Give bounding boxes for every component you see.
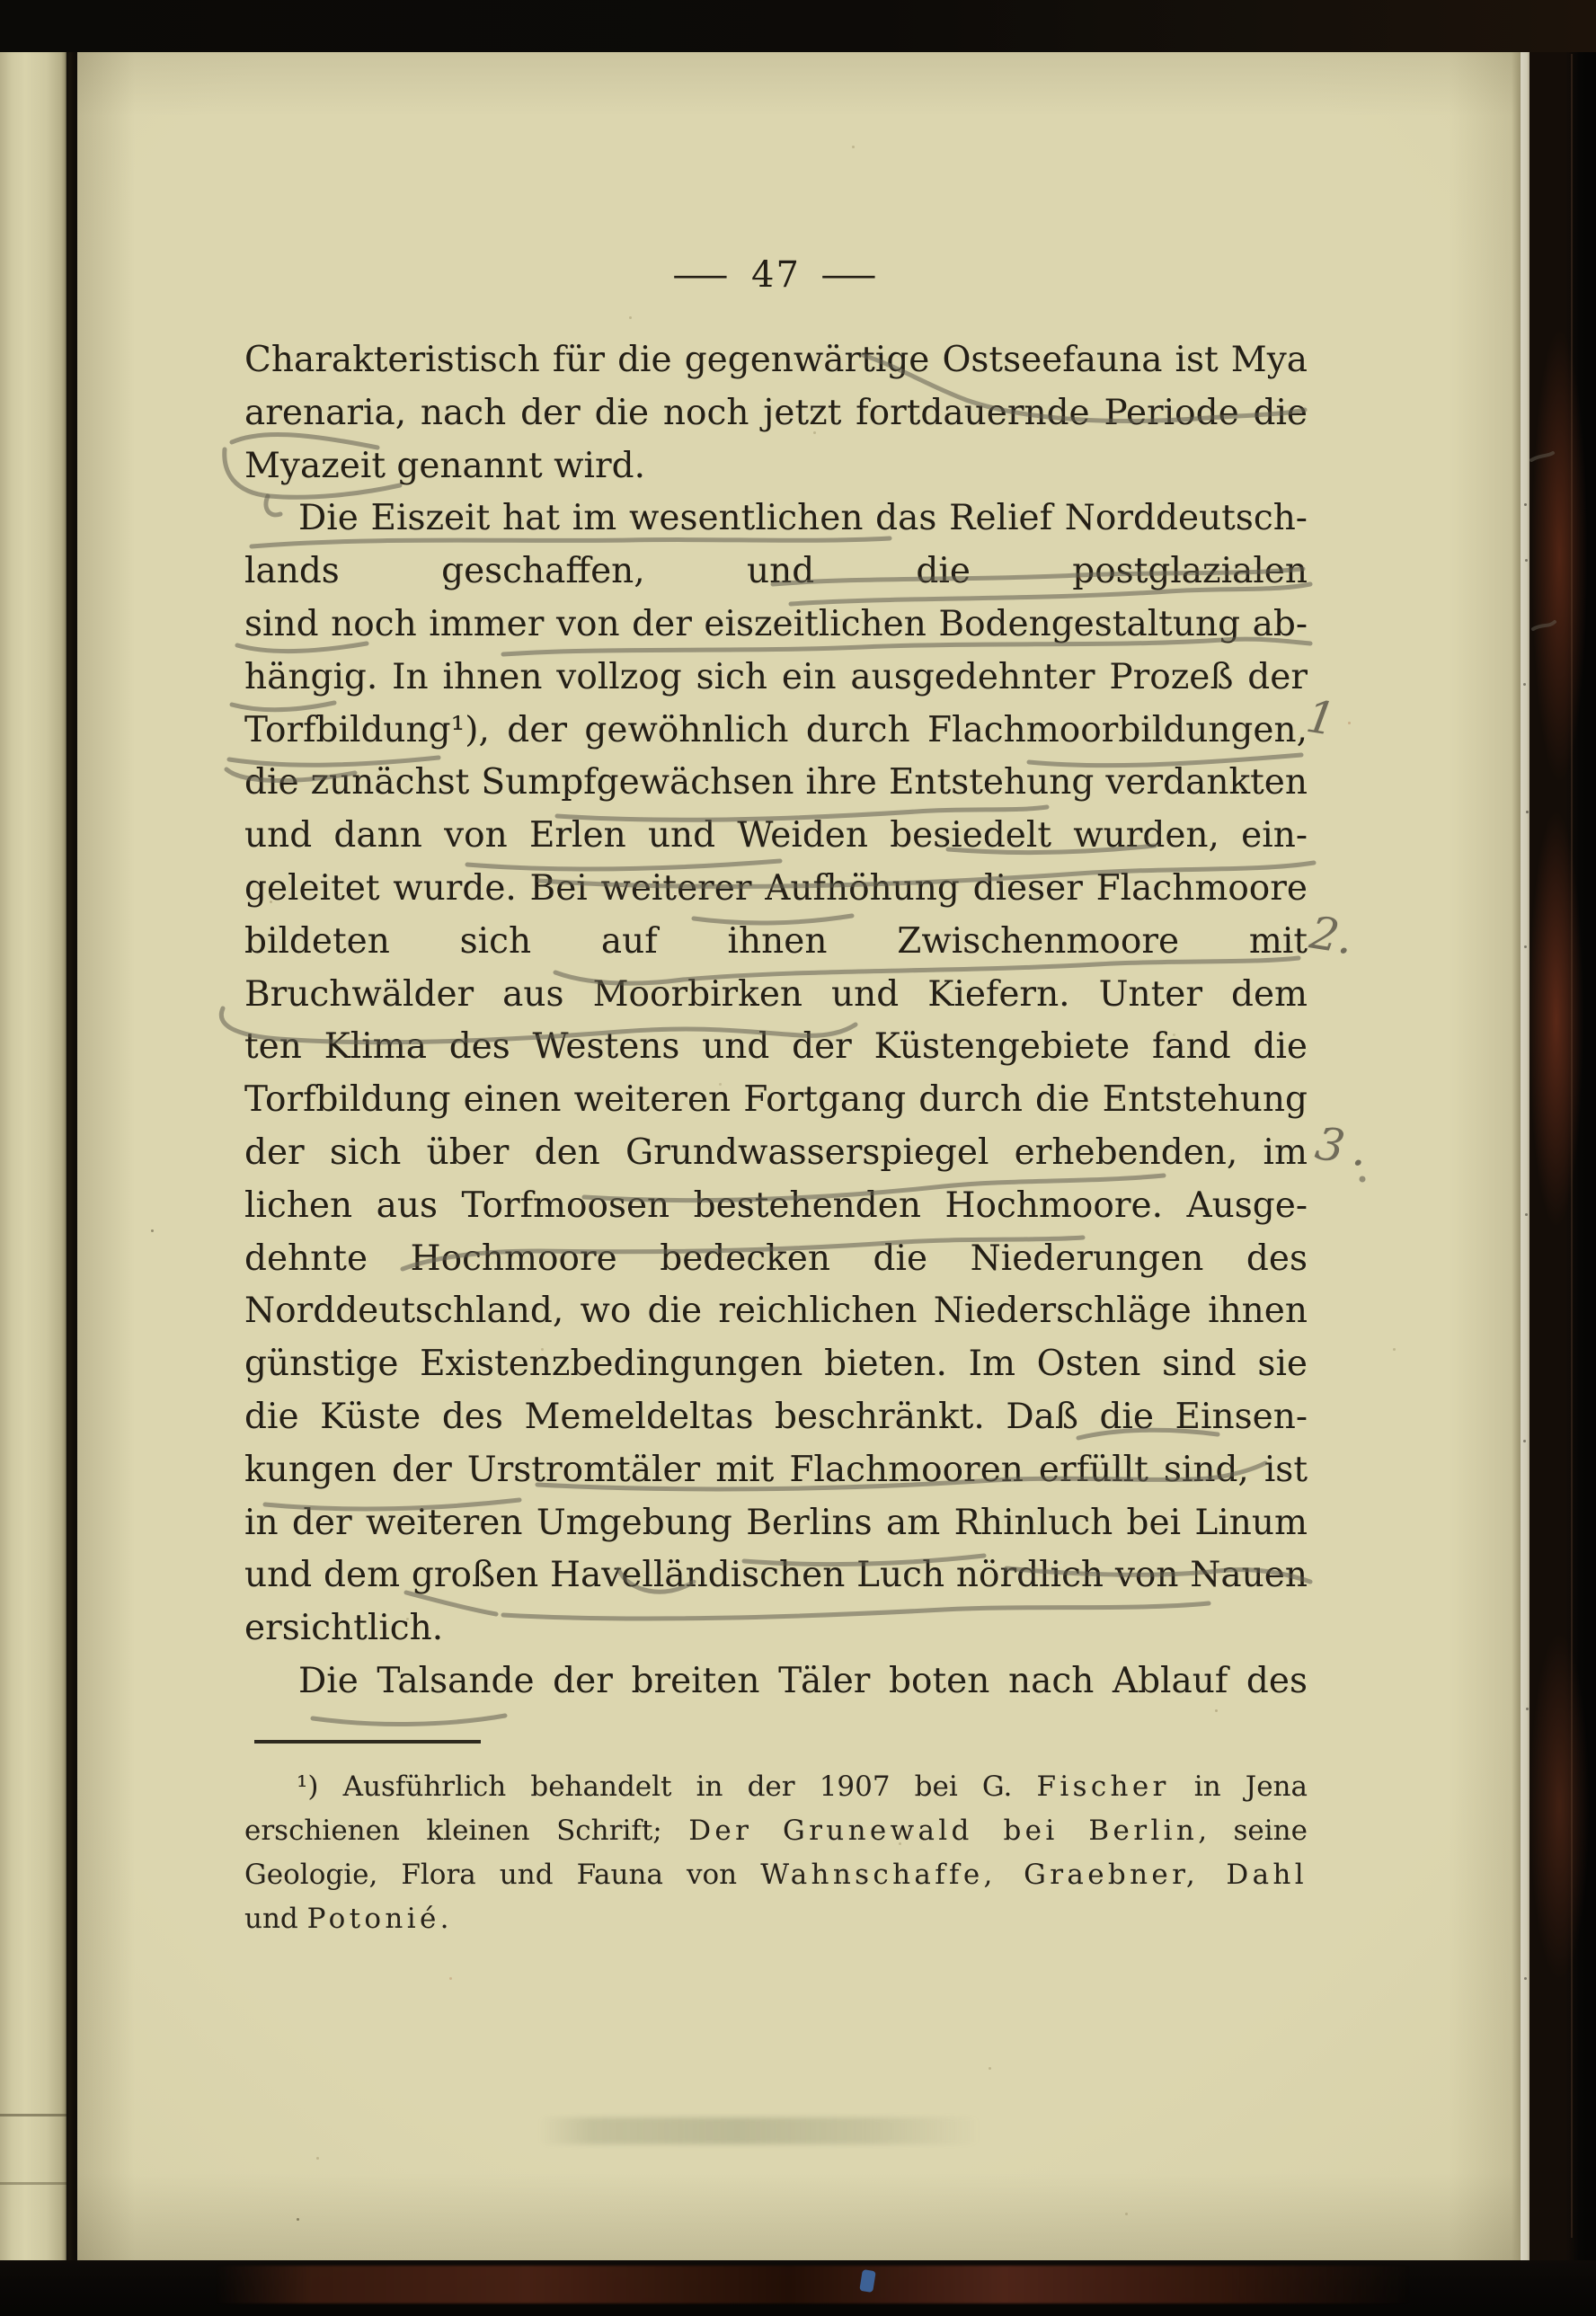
footnote-text: ¹) Ausführlich behandelt in der 1907 bei… [244,1765,1308,1941]
footnote-rule [254,1740,481,1744]
text-line: Torfbildung einen weiteren Fortgang durc… [244,1074,1308,1127]
text-line: Bruchwälder aus Moorbirken und Kiefern. … [244,969,1308,1022]
scan-background-top [0,0,1596,52]
margin-note: 2. [1307,907,1357,965]
text-line: Norddeutschland, wo die reichlichen Nied… [244,1285,1308,1338]
text-line: Myazeit genannt wird. [244,440,1308,493]
spaced-text: Fischer [1036,1770,1169,1803]
book-cover [1529,0,1596,2316]
edge-specks [0,0,3,3]
spaced-text: Wahnschaffe, Graebner, Dahl [760,1859,1308,1891]
text-line: Torfbildung¹), der gewöhnlich durch Flac… [244,705,1308,758]
margin-note: 3. [1312,1117,1380,1178]
page-number: 47 [751,254,801,296]
footnote-line: erschienen kleinen Schrift; Der Grunewal… [244,1809,1308,1853]
footnote-segment: erschienen kleinen Schrift; [244,1815,688,1847]
footnote-segment: ¹) Ausführlich behandelt in der 1907 bei… [297,1770,1036,1803]
text-line: geleitet wurde. Bei weiterer Aufhöhung d… [244,863,1308,916]
text-line: arenaria, nach der die noch jetzt fortda… [244,387,1308,440]
text-line: die zunächst Sumpfgewächsen ihre Entsteh… [244,757,1308,810]
footnote-segment: . [440,1903,449,1935]
text-line: in der weiteren Umgebung Berlins am Rhin… [244,1497,1308,1550]
header-dash-left: — [671,255,731,295]
cover-bottom-edge [216,2266,1411,2303]
text-line: und dem großen Havelländischen Luch nörd… [244,1549,1308,1602]
page-edge-line [0,2182,66,2185]
spaced-text: Potonié [307,1903,440,1935]
text-line: dehnte Hochmoore bedecken die Niederunge… [244,1233,1308,1286]
scanned-book-page: —47— Charakteristisch für die gegenwärti… [0,0,1596,2316]
footnote-line: Geologie, Flora und Fauna von Wahnschaff… [244,1853,1308,1897]
footnote-segment: , seine [1198,1815,1308,1847]
text-line: kungen der Urstromtäler mit Flachmooren … [244,1444,1308,1497]
text-line: lichen aus Torfmoosen bestehenden Hochmo… [244,1180,1308,1233]
left-page-edge [0,50,66,2261]
body-text: Charakteristisch für die gegenwärtige Os… [244,334,1308,1708]
text-line: und dann von Erlen und Weiden besiedelt … [244,810,1308,863]
show-through-smudge [539,2117,980,2144]
text-line: der sich über den Grundwasserspiegel erh… [244,1127,1308,1180]
text-line: die Küste des Memeldeltas beschränkt. Da… [244,1391,1308,1444]
text-line: ten Klima des Westens und der Küstengebi… [244,1021,1308,1074]
cover-seam [1571,54,1573,2238]
text-line: hängig. In ihnen vollzog sich ein ausged… [244,652,1308,705]
text-line: bildeten sich auf ihnen Zwischenmoore mi… [244,916,1308,969]
page-edge-line [0,2114,66,2116]
text-line: lands geschaffen, und die postglazialen … [244,546,1308,599]
text-line: Die Eiszeit hat im wesentlichen das Reli… [244,492,1308,546]
footnote-line: ¹) Ausführlich behandelt in der 1907 bei… [244,1765,1308,1809]
text-line: günstige Existenzbedingungen bieten. Im … [244,1338,1308,1391]
page-header: —47— [244,255,1308,295]
text-line: sind noch immer von der eiszeitlichen Bo… [244,599,1308,652]
footnote-line: und Potonié. [244,1897,1308,1941]
footnote-segment: und [244,1903,307,1935]
footnote-segment: Geologie, Flora und Fauna von [244,1859,760,1891]
spaced-text: Der Grunewald bei Berlin [688,1815,1198,1847]
text-line: Charakteristisch für die gegenwärtige Os… [244,334,1308,387]
footnote-segment: in Jena [1170,1770,1308,1803]
text-line: Die Talsande der breiten Täler boten nac… [244,1655,1308,1708]
header-dash-right: — [820,255,880,295]
text-line: ersichtlich. [244,1602,1308,1655]
